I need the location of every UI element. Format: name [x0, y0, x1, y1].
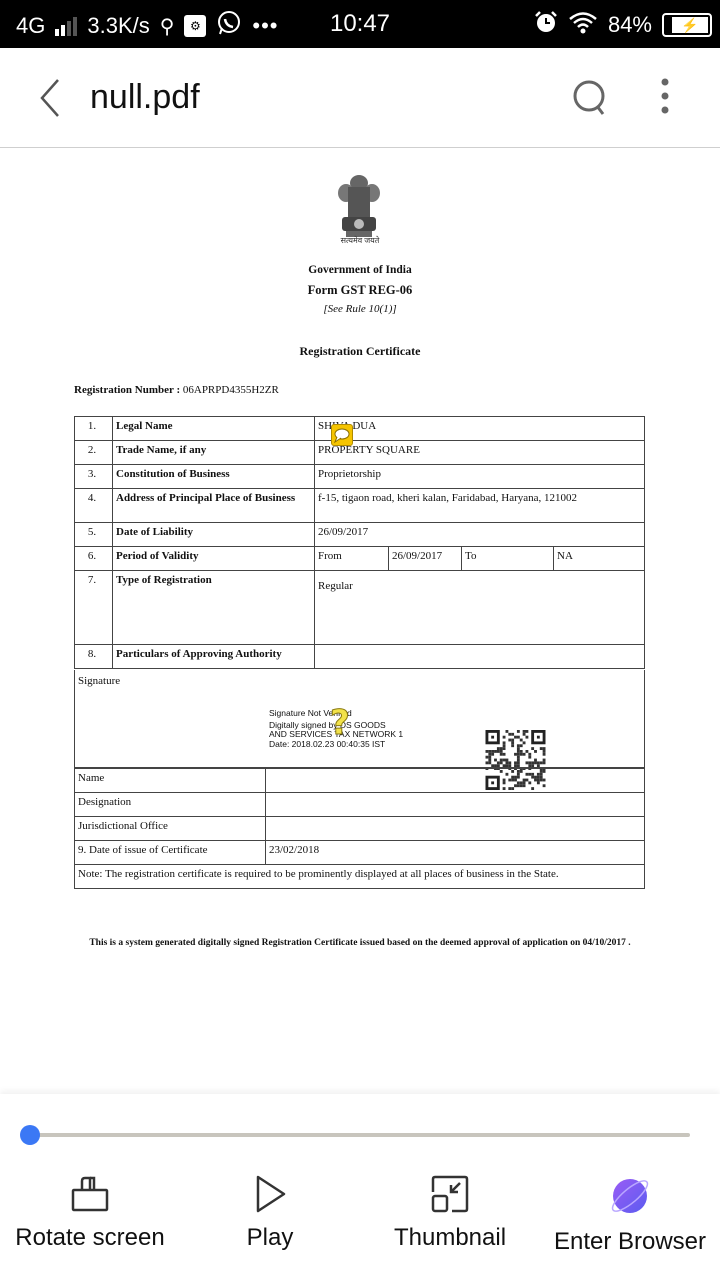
- enter-browser-label: Enter Browser: [540, 1228, 720, 1256]
- table-row: Jurisdictional Office: [75, 817, 645, 841]
- row-label: Name: [75, 769, 266, 793]
- enter-browser-button[interactable]: Enter Browser: [540, 1174, 720, 1256]
- app-bar: null.pdf: [0, 48, 720, 148]
- unverified-question-icon[interactable]: ?: [330, 706, 350, 740]
- row-value: 26/09/2017: [315, 523, 645, 547]
- registration-number-label: Registration Number :: [74, 384, 180, 396]
- table-row: 1. Legal Name SHIVA DUA: [75, 417, 645, 441]
- row-label: Type of Registration: [113, 571, 315, 645]
- table-row: 3. Constitution of Business Proprietorsh…: [75, 465, 645, 489]
- row-label: 9. Date of issue of Certificate: [75, 841, 266, 865]
- bottom-toolbar: Rotate screen Play Thumbnail Enter Brows…: [0, 1094, 720, 1280]
- thumbnail-label: Thumbnail: [360, 1224, 540, 1252]
- row-label: Period of Validity: [113, 547, 315, 571]
- validity-to-label: To: [462, 547, 554, 571]
- thumbnail-button[interactable]: Thumbnail: [360, 1174, 540, 1252]
- row-number: 6.: [75, 547, 113, 571]
- page-slider-thumb[interactable]: [20, 1125, 40, 1145]
- rotate-screen-label: Rotate screen: [0, 1224, 180, 1252]
- rule-reference: [See Rule 10(1)]: [0, 303, 720, 315]
- play-label: Play: [180, 1224, 360, 1252]
- row-number: 7.: [75, 571, 113, 645]
- signature-box: Signature Signature Not Verified Digital…: [74, 670, 645, 768]
- row-value: PROPERTY SQUARE: [315, 441, 645, 465]
- back-button[interactable]: [34, 78, 64, 118]
- row-number: 4.: [75, 489, 113, 523]
- table-row: 6. Period of Validity From 26/09/2017 To…: [75, 547, 645, 571]
- validity-from-value: 26/09/2017: [389, 547, 462, 571]
- certificate-table: 1. Legal Name SHIVA DUA 2. Trade Name, i…: [74, 416, 645, 669]
- play-button[interactable]: Play: [180, 1174, 360, 1252]
- rotate-screen-button[interactable]: Rotate screen: [0, 1174, 180, 1252]
- comment-annotation-icon[interactable]: [331, 424, 353, 446]
- row-label: Trade Name, if any: [113, 441, 315, 465]
- validity-to-value: NA: [554, 547, 645, 571]
- row-label: Jurisdictional Office: [75, 817, 266, 841]
- table-row: 8. Particulars of Approving Authority: [75, 645, 645, 669]
- row-label: Particulars of Approving Authority: [113, 645, 315, 669]
- row-value: 23/02/2018: [266, 841, 645, 865]
- row-label: Date of Liability: [113, 523, 315, 547]
- row-value: [266, 769, 645, 793]
- page-slider-track[interactable]: [30, 1133, 690, 1137]
- certificate-note: Note: The registration certificate is re…: [75, 865, 645, 889]
- registration-number: Registration Number : 06APRPD4355H2ZR: [74, 384, 279, 396]
- more-options-button[interactable]: [650, 76, 680, 120]
- back-chevron-icon: [34, 78, 64, 118]
- rotate-screen-icon: [70, 1174, 110, 1214]
- government-heading: Government of India: [0, 264, 720, 276]
- battery-level: 84%: [608, 12, 652, 38]
- row-label: Constitution of Business: [113, 465, 315, 489]
- thumbnail-icon: [430, 1174, 470, 1214]
- row-label: Address of Principal Place of Business: [113, 489, 315, 523]
- row-number: 5.: [75, 523, 113, 547]
- table-row: Name: [75, 769, 645, 793]
- emblem-motto: सत्यमेव जयते: [0, 235, 720, 246]
- table-row: Note: The registration certificate is re…: [75, 865, 645, 889]
- row-number: 8.: [75, 645, 113, 669]
- row-value: Regular: [315, 571, 645, 645]
- table-row: 2. Trade Name, if any PROPERTY SQUARE: [75, 441, 645, 465]
- signature-label: Signature: [78, 675, 120, 687]
- table-row: 4. Address of Principal Place of Busines…: [75, 489, 645, 523]
- row-value: [266, 817, 645, 841]
- row-number: 3.: [75, 465, 113, 489]
- authority-table: Name Designation Jurisdictional Office 9…: [74, 768, 645, 889]
- table-row: Designation: [75, 793, 645, 817]
- status-bar: 4G 3.3K/s ⚲ ⚙ ••• 10:47 84% ⚡: [0, 0, 720, 48]
- search-icon: [570, 78, 610, 118]
- table-row: 5. Date of Liability 26/09/2017: [75, 523, 645, 547]
- certificate-title: Registration Certificate: [0, 344, 720, 359]
- browser-planet-icon: [608, 1174, 652, 1218]
- table-row: 9. Date of issue of Certificate23/02/201…: [75, 841, 645, 865]
- more-vert-icon: [650, 76, 680, 120]
- pdf-page[interactable]: सत्यमेव जयते Government of India Form GS…: [0, 149, 720, 1094]
- table-row: 7. Type of Registration Regular: [75, 571, 645, 645]
- registration-number-value: 06APRPD4355H2ZR: [183, 384, 279, 396]
- search-button[interactable]: [570, 78, 610, 118]
- battery-charging-icon: ⚡: [662, 13, 712, 37]
- row-number: 2.: [75, 441, 113, 465]
- alarm-icon: [534, 10, 558, 40]
- row-value: [266, 793, 645, 817]
- form-heading: Form GST REG-06: [0, 283, 720, 298]
- row-label: Legal Name: [113, 417, 315, 441]
- row-value: Proprietorship: [315, 465, 645, 489]
- row-number: 1.: [75, 417, 113, 441]
- row-value: f-15, tigaon road, kheri kalan, Faridaba…: [315, 489, 645, 523]
- play-icon: [250, 1174, 290, 1214]
- validity-from-label: From: [315, 547, 389, 571]
- document-title: null.pdf: [90, 78, 200, 117]
- row-value: SHIVA DUA: [315, 417, 645, 441]
- system-generated-note: This is a system generated digitally sig…: [0, 938, 720, 948]
- row-value: [315, 645, 645, 669]
- wifi-icon: [568, 10, 598, 40]
- row-label: Designation: [75, 793, 266, 817]
